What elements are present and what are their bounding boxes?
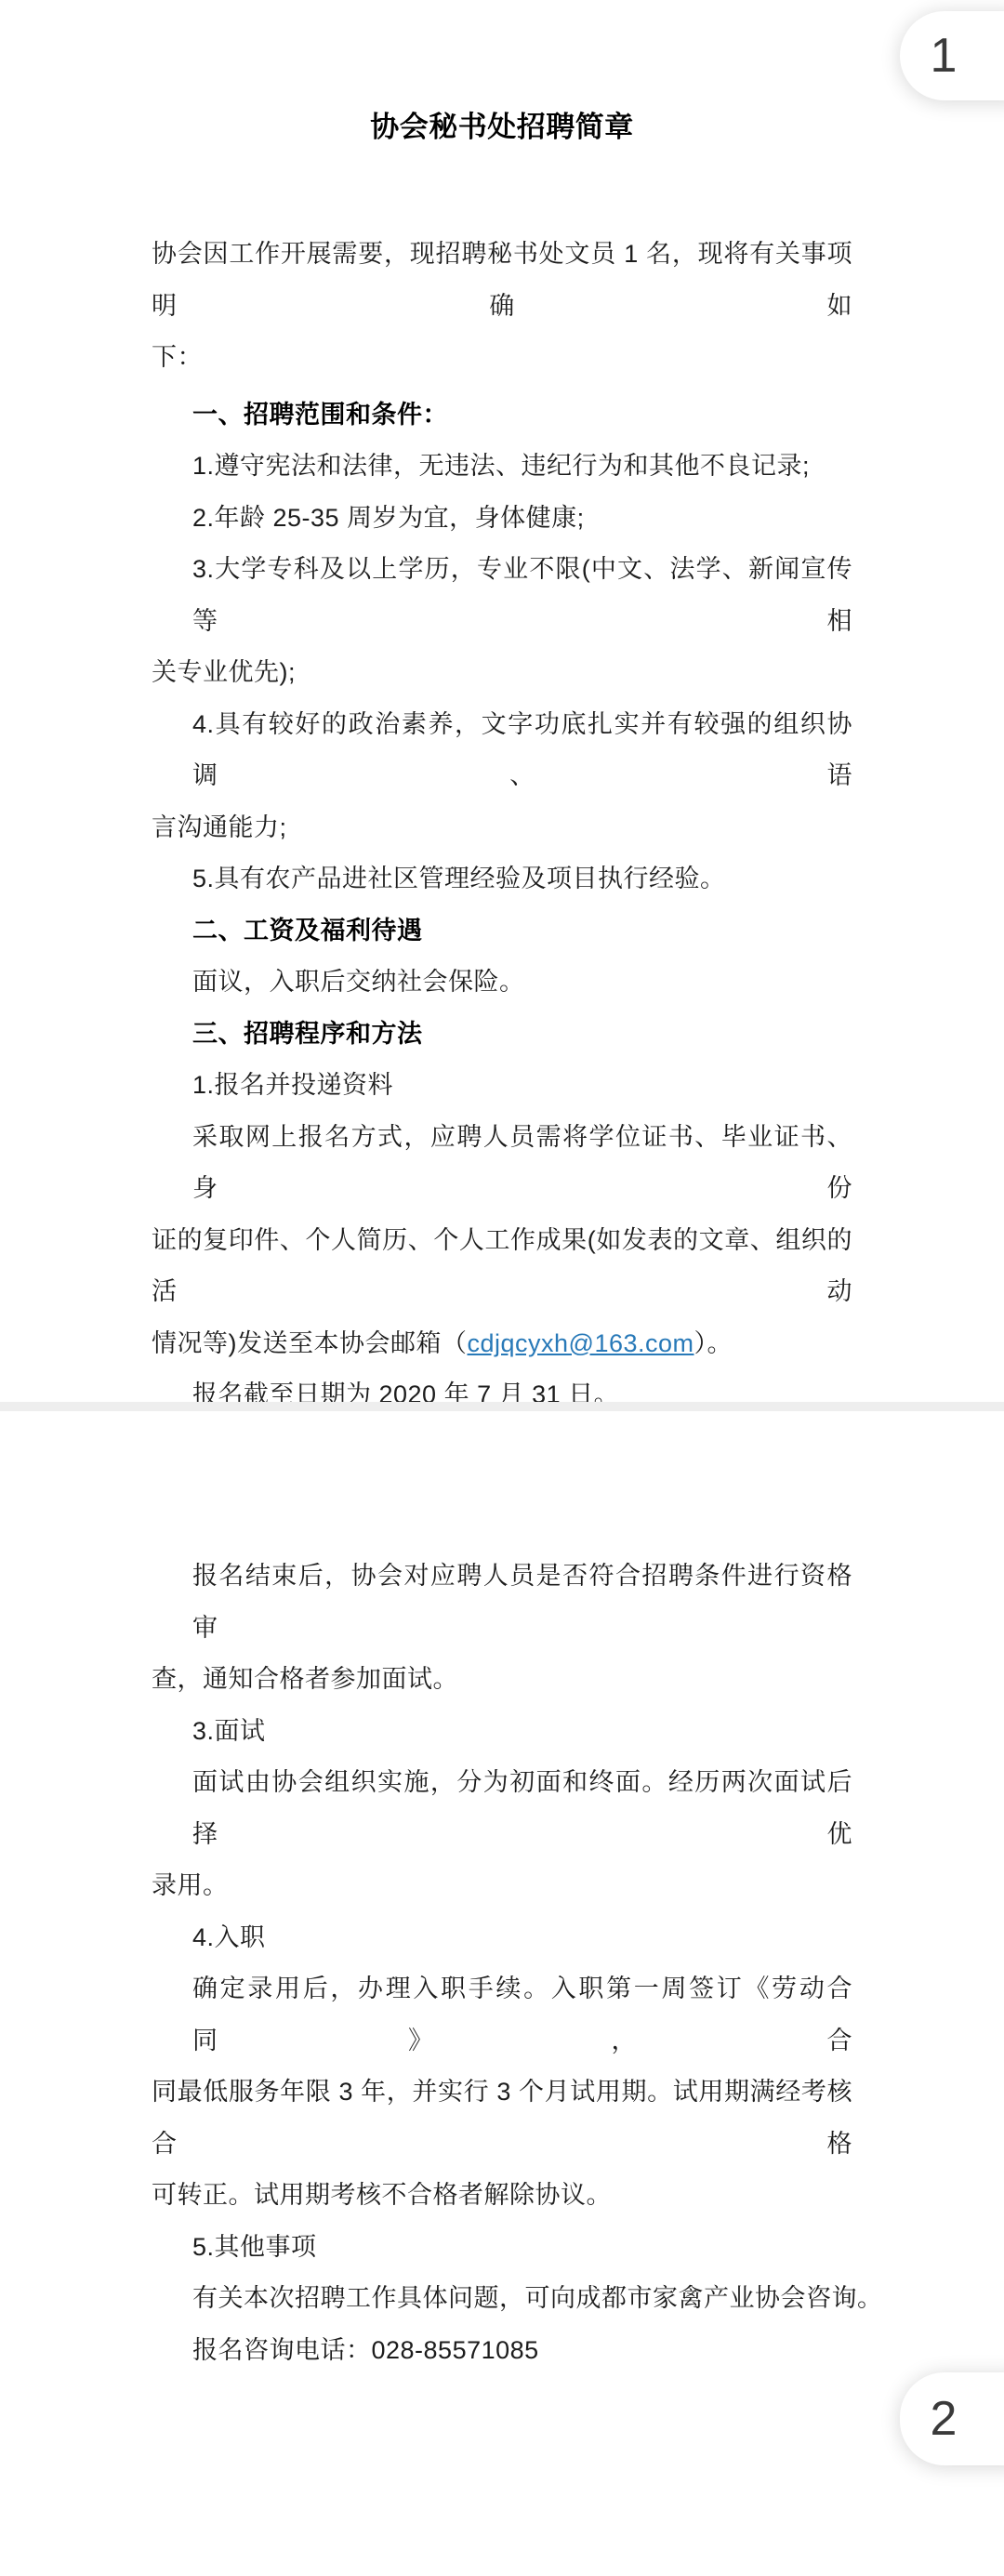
doc-line: 面议，入职后交纳社会保险。 [152, 957, 852, 1009]
page-number-label: 1 [931, 28, 991, 84]
doc-line: 2.年龄 25-35 周岁为宜，身体健康; [152, 493, 852, 545]
doc-line: 协会因工作开展需要，现招聘秘书处文员 1 名，现将有关事项明确如 [152, 229, 852, 332]
doc-line: 录用。 [152, 1860, 852, 1912]
document-title: 协会秘书处招聘简章 [152, 0, 852, 145]
email-link[interactable]: cdjqcyxh@163.com [468, 1329, 694, 1357]
doc-line: 关专业优先); [152, 647, 852, 699]
doc-line: 报名结束后，协会对应聘人员是否符合招聘条件进行资格审 [152, 1551, 852, 1654]
doc-line-text: 情况等)发送至本协会邮箱（ [152, 1329, 468, 1357]
page-separator [0, 1402, 1004, 1411]
page-number-badge-2: 2 [900, 2372, 1004, 2465]
doc-line: 3.大学专科及以上学历，专业不限(中文、法学、新闻宣传等相 [152, 544, 852, 647]
doc-line: 3.面试 [152, 1706, 852, 1758]
doc-line: 面试由协会组织实施，分为初面和终面。经历两次面试后择优 [152, 1757, 852, 1860]
doc-line: 确定录用后，办理入职手续。入职第一周签订《劳动合同》，合 [152, 1963, 852, 2067]
doc-line-text: ）。 [694, 1329, 733, 1357]
document-page-1: 协会秘书处招聘简章 协会因工作开展需要，现招聘秘书处文员 1 名，现将有关事项明… [0, 0, 1004, 1402]
doc-line: 查，通知合格者参加面试。 [152, 1654, 852, 1706]
doc-line: 4.入职 [152, 1912, 852, 1964]
doc-line: 言沟通能力; [152, 802, 852, 854]
doc-line: 有关本次招聘工作具体问题，可向成都市家禽产业协会咨询。 [152, 2273, 852, 2325]
doc-line: 三、招聘程序和方法 [152, 1009, 852, 1061]
doc-line: 报名咨询电话：028-85571085 [152, 2325, 852, 2377]
doc-line: 一、招聘范围和条件： [152, 390, 852, 442]
page-2-lines: 报名结束后，协会对应聘人员是否符合招聘条件进行资格审查，通知合格者参加面试。3.… [152, 1551, 852, 2376]
doc-line: 采取网上报名方式，应聘人员需将学位证书、毕业证书、身份 [152, 1112, 852, 1215]
doc-line: 4.具有较好的政治素养，文字功底扎实并有较强的组织协调、语 [152, 699, 852, 802]
doc-line: 二、工资及福利待遇 [152, 905, 852, 958]
page-number-label: 2 [931, 2391, 991, 2447]
doc-line: 可转正。试用期考核不合格者解除协议。 [152, 2170, 852, 2222]
doc-line: 1.遵守宪法和法律，无违法、违纪行为和其他不良记录; [152, 441, 852, 493]
document-page-2: 报名结束后，协会对应聘人员是否符合招聘条件进行资格审查，通知合格者参加面试。3.… [0, 1411, 1004, 2576]
doc-line: 证的复印件、个人简历、个人工作成果(如发表的文章、组织的活动 [152, 1215, 852, 1318]
page-number-badge-1: 1 [900, 11, 1004, 100]
doc-line: 1.报名并投递资料 [152, 1060, 852, 1112]
doc-line: 下： [152, 332, 852, 384]
doc-line: 5.具有农产品进社区管理经验及项目执行经验。 [152, 853, 852, 905]
doc-line: 情况等)发送至本协会邮箱（cdjqcyxh@163.com）。 [152, 1318, 852, 1370]
doc-line: 5.其他事项 [152, 2222, 852, 2274]
page-1-lines: 协会因工作开展需要，现招聘秘书处文员 1 名，现将有关事项明确如下：一、招聘范围… [152, 229, 852, 1473]
doc-line: 同最低服务年限 3 年，并实行 3 个月试用期。试用期满经考核合格 [152, 2067, 852, 2170]
